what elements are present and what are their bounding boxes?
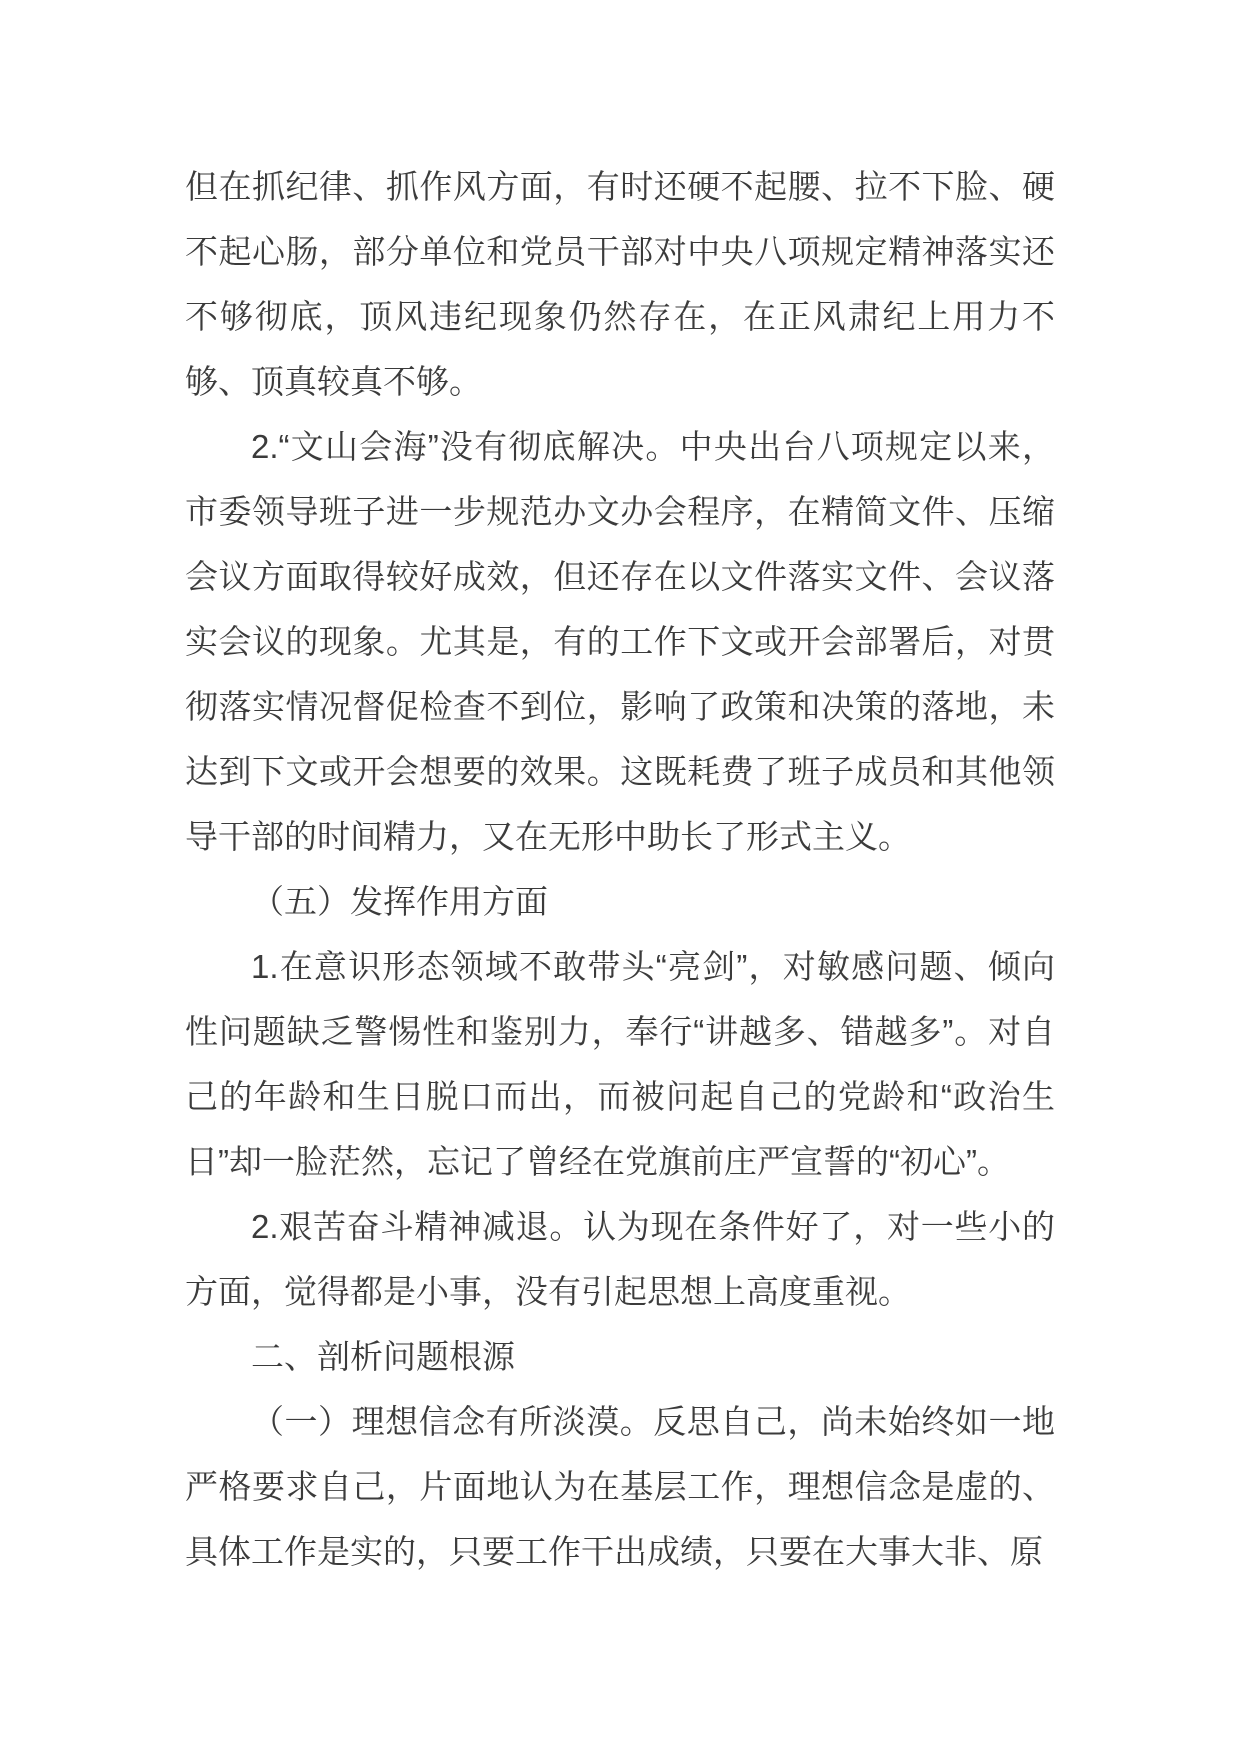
paragraph: 但在抓纪律、抓作风方面，有时还硬不起腰、拉不下脸、硬不起心肠，部分单位和党员干部… [185,154,1055,414]
section-heading: 二、剖析问题根源 [185,1324,1055,1389]
paragraph: 1.在意识形态领域不敢带头“亮剑”，对敏感问题、倾向性问题缺乏警惕性和鉴别力，奉… [185,934,1055,1194]
paragraph: 2.艰苦奋斗精神减退。认为现在条件好了，对一些小的方面，觉得都是小事，没有引起思… [185,1194,1055,1324]
document-page: 但在抓纪律、抓作风方面，有时还硬不起腰、拉不下脸、硬不起心肠，部分单位和党员干部… [0,0,1241,1755]
document-body: 但在抓纪律、抓作风方面，有时还硬不起腰、拉不下脸、硬不起心肠，部分单位和党员干部… [185,154,1055,1584]
paragraph: 2.“文山会海”没有彻底解决。中央出台八项规定以来，市委领导班子进一步规范办文办… [185,414,1055,869]
paragraph: （一）理想信念有所淡漠。反思自己，尚未始终如一地严格要求自己，片面地认为在基层工… [185,1389,1055,1584]
section-heading: （五）发挥作用方面 [185,869,1055,934]
